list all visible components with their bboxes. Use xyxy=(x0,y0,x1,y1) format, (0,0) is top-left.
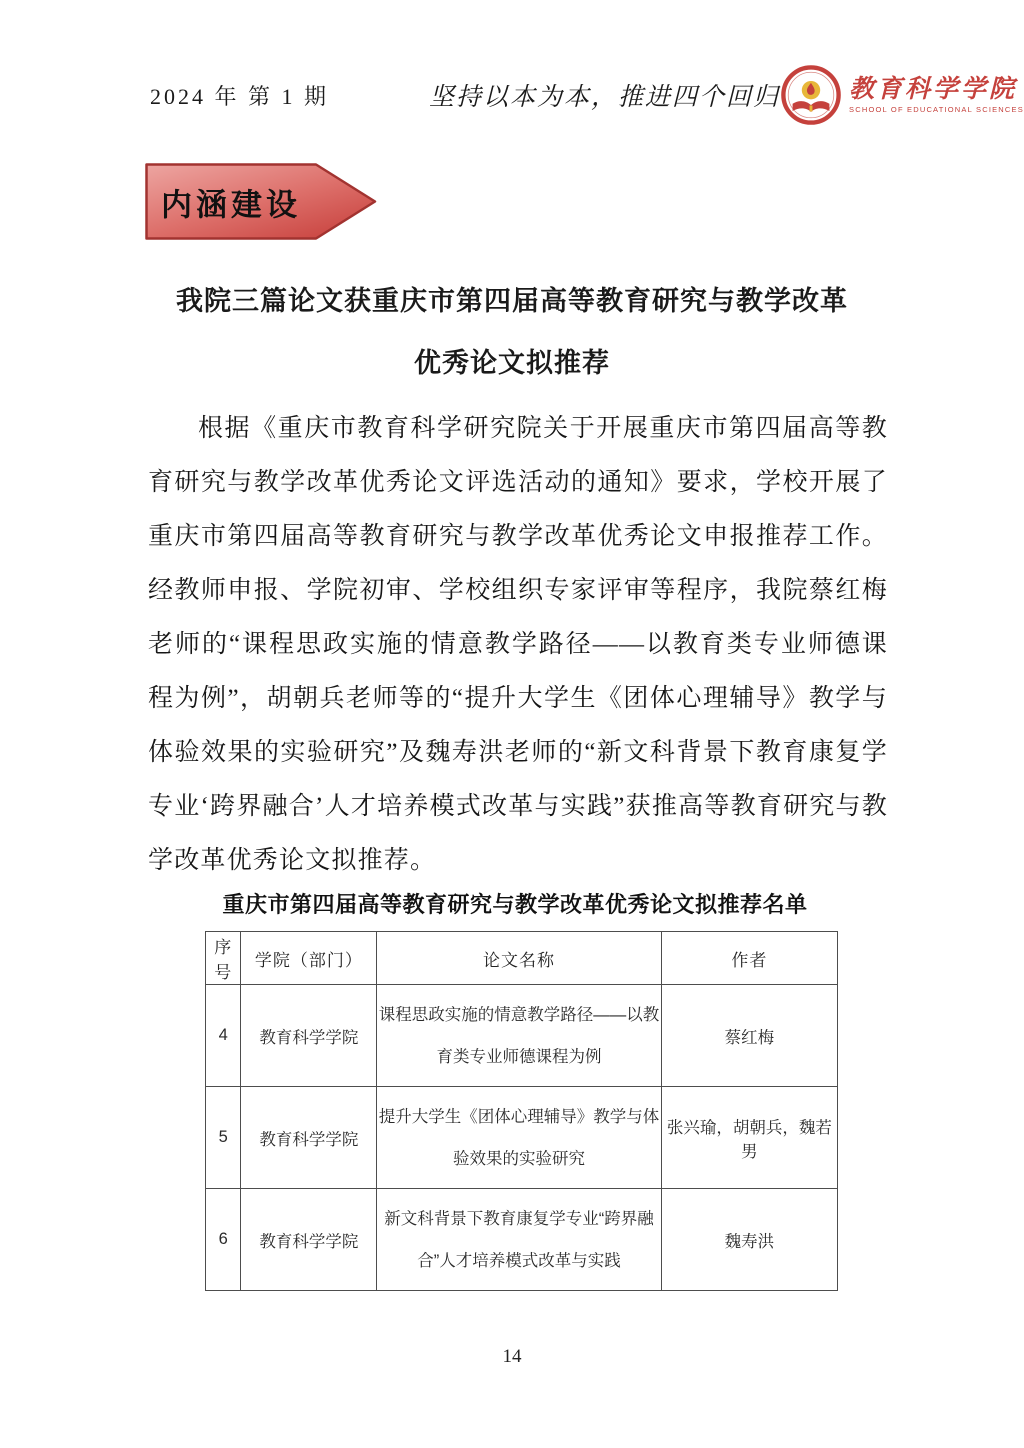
table-row: 5 教育科学学院 提升大学生《团体心理辅导》教学与体验效果的实验研究 张兴瑜，胡… xyxy=(206,1087,838,1189)
cell-dept: 教育科学学院 xyxy=(241,1189,377,1291)
recommendation-table: 序号 学院（部门） 论文名称 作者 4 教育科学学院 课程思政实施的情意教学路径… xyxy=(205,931,838,1291)
header-slogan: 坚持以本为本，推进四个回归 xyxy=(429,77,780,113)
cell-dept: 教育科学学院 xyxy=(241,1087,377,1189)
article-title-line1: 我院三篇论文获重庆市第四届高等教育研究与教学改革 xyxy=(0,270,1024,332)
logo-school-name-en: SCHOOL OF EDUCATIONAL SCIENCES xyxy=(849,106,1024,114)
page-number: 14 xyxy=(0,1346,1024,1368)
table-header-row: 序号 学院（部门） 论文名称 作者 xyxy=(206,932,838,985)
article-title-line2: 优秀论文拟推荐 xyxy=(0,332,1024,394)
header-cell-paper: 论文名称 xyxy=(377,932,661,985)
cell-authors: 魏寿洪 xyxy=(661,1189,837,1291)
cell-authors: 蔡红梅 xyxy=(661,985,837,1087)
table-row: 6 教育科学学院 新文科背景下教育康复学专业“跨界融合”人才培养模式改革与实践 … xyxy=(206,1189,838,1291)
cell-no: 6 xyxy=(206,1189,241,1291)
article-title: 我院三篇论文获重庆市第四届高等教育研究与教学改革 优秀论文拟推荐 xyxy=(0,270,1024,394)
table-title: 重庆市第四届高等教育研究与教学改革优秀论文拟推荐名单 xyxy=(145,888,885,919)
logo-school-name: 教育科学学院 xyxy=(849,76,1024,104)
school-emblem-icon xyxy=(780,64,842,126)
table-row: 4 教育科学学院 课程思政实施的情意教学路径——以教育类专业师德课程为例 蔡红梅 xyxy=(206,985,838,1087)
cell-dept: 教育科学学院 xyxy=(241,985,377,1087)
school-logo: 教育科学学院 SCHOOL OF EDUCATIONAL SCIENCES xyxy=(780,64,1024,126)
header-cell-dept: 学院（部门） xyxy=(241,932,377,985)
header-cell-no: 序号 xyxy=(206,932,241,985)
cell-paper: 提升大学生《团体心理辅导》教学与体验效果的实验研究 xyxy=(377,1087,661,1189)
cell-no: 4 xyxy=(206,985,241,1087)
section-banner-label: 内涵建设 xyxy=(161,179,301,224)
cell-authors: 张兴瑜，胡朝兵，魏若男 xyxy=(661,1087,837,1189)
cell-no: 5 xyxy=(206,1087,241,1189)
article-body: 根据《重庆市教育科学研究院关于开展重庆市第四届高等教育研究与教学改革优秀论文评选… xyxy=(148,402,888,888)
cell-paper: 课程思政实施的情意教学路径——以教育类专业师德课程为例 xyxy=(377,985,661,1087)
issue-label: 2024 年 第 1 期 xyxy=(150,80,329,111)
logo-text-block: 教育科学学院 SCHOOL OF EDUCATIONAL SCIENCES xyxy=(849,76,1024,115)
newsletter-page: 2024 年 第 1 期 坚持以本为本，推进四个回归 教育科学学院 SCHOOL… xyxy=(0,0,1024,1448)
section-banner: 内涵建设 xyxy=(145,163,377,240)
page-header: 2024 年 第 1 期 坚持以本为本，推进四个回归 教育科学学院 SCHOOL… xyxy=(150,58,908,132)
header-cell-authors: 作者 xyxy=(661,932,837,985)
cell-paper: 新文科背景下教育康复学专业“跨界融合”人才培养模式改革与实践 xyxy=(377,1189,661,1291)
